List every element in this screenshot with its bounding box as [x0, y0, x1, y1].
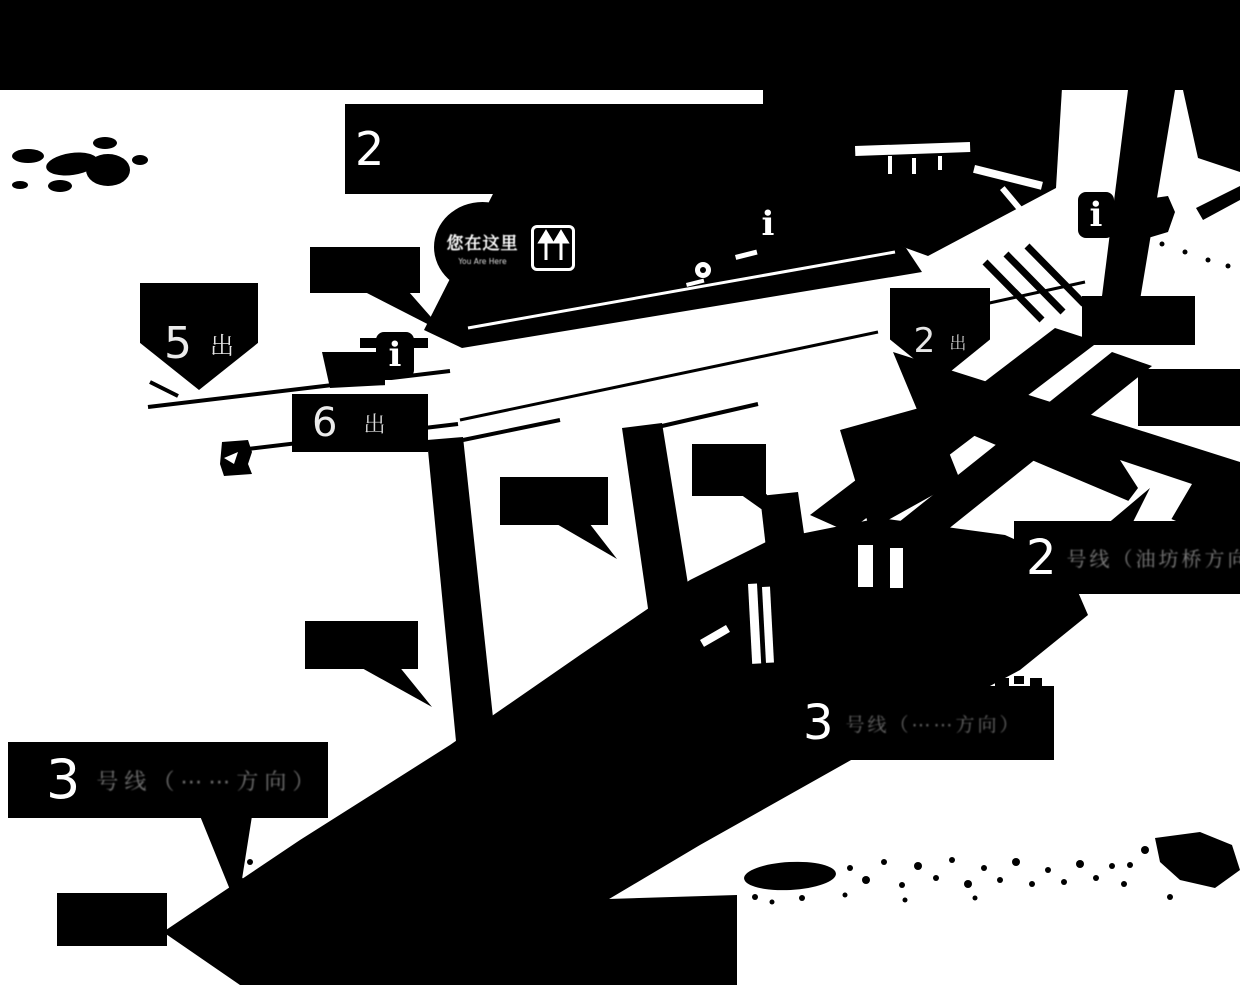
callout-blank-2 [500, 477, 608, 525]
info-icon: i [755, 204, 781, 248]
top-line-label: 2 [345, 104, 763, 194]
line3-center-label: 3 号线（⋯⋯方向） [789, 686, 1054, 760]
callout-blank-4 [692, 444, 766, 496]
info-icon: i [1078, 192, 1114, 238]
exit-6-marker: 6 出 [292, 394, 428, 452]
exit-6-number: 6 [312, 403, 337, 443]
exit-6-word: 出 [363, 408, 385, 439]
escalator-icon [531, 225, 575, 271]
callout-blank-1 [310, 247, 420, 293]
top-line-number: 2 [355, 126, 384, 172]
info-icon: i [376, 332, 414, 378]
exit-2-word: 出 [949, 329, 966, 354]
line2-direction-label: 2 号线（油坊桥方向） [1014, 521, 1240, 594]
station-guide-map: 2 您在这里 You Are Here i i i [0, 0, 1240, 985]
exit-5-number: 5 [164, 322, 192, 366]
you-are-here-en: You Are Here [458, 257, 506, 266]
exit-5-word: 出 [210, 326, 234, 361]
line3-center-number: 3 [803, 699, 834, 747]
scene-noise-left [12, 137, 148, 192]
callout-blank-5 [1082, 296, 1195, 345]
line2-number: 2 [1026, 534, 1057, 582]
you-are-here-zh: 您在这里 [447, 229, 519, 254]
exit-2-number: 2 [914, 324, 936, 358]
you-are-here-balloon: 您在这里 You Are Here [434, 202, 531, 292]
unreadable-icon [218, 438, 254, 478]
line3-bottom-label: 3 号线（⋯⋯方向） [8, 742, 328, 818]
line3-bottom-text: 号线（⋯⋯方向） [96, 765, 320, 796]
callout-blank-3 [305, 621, 418, 669]
line3-center-text: 号线（⋯⋯方向） [846, 710, 1022, 737]
callout-blank-6 [1138, 369, 1240, 426]
callout-blank-7 [57, 893, 167, 946]
line2-text: 号线（油坊桥方向） [1067, 543, 1240, 572]
line3-bottom-number: 3 [46, 753, 80, 807]
